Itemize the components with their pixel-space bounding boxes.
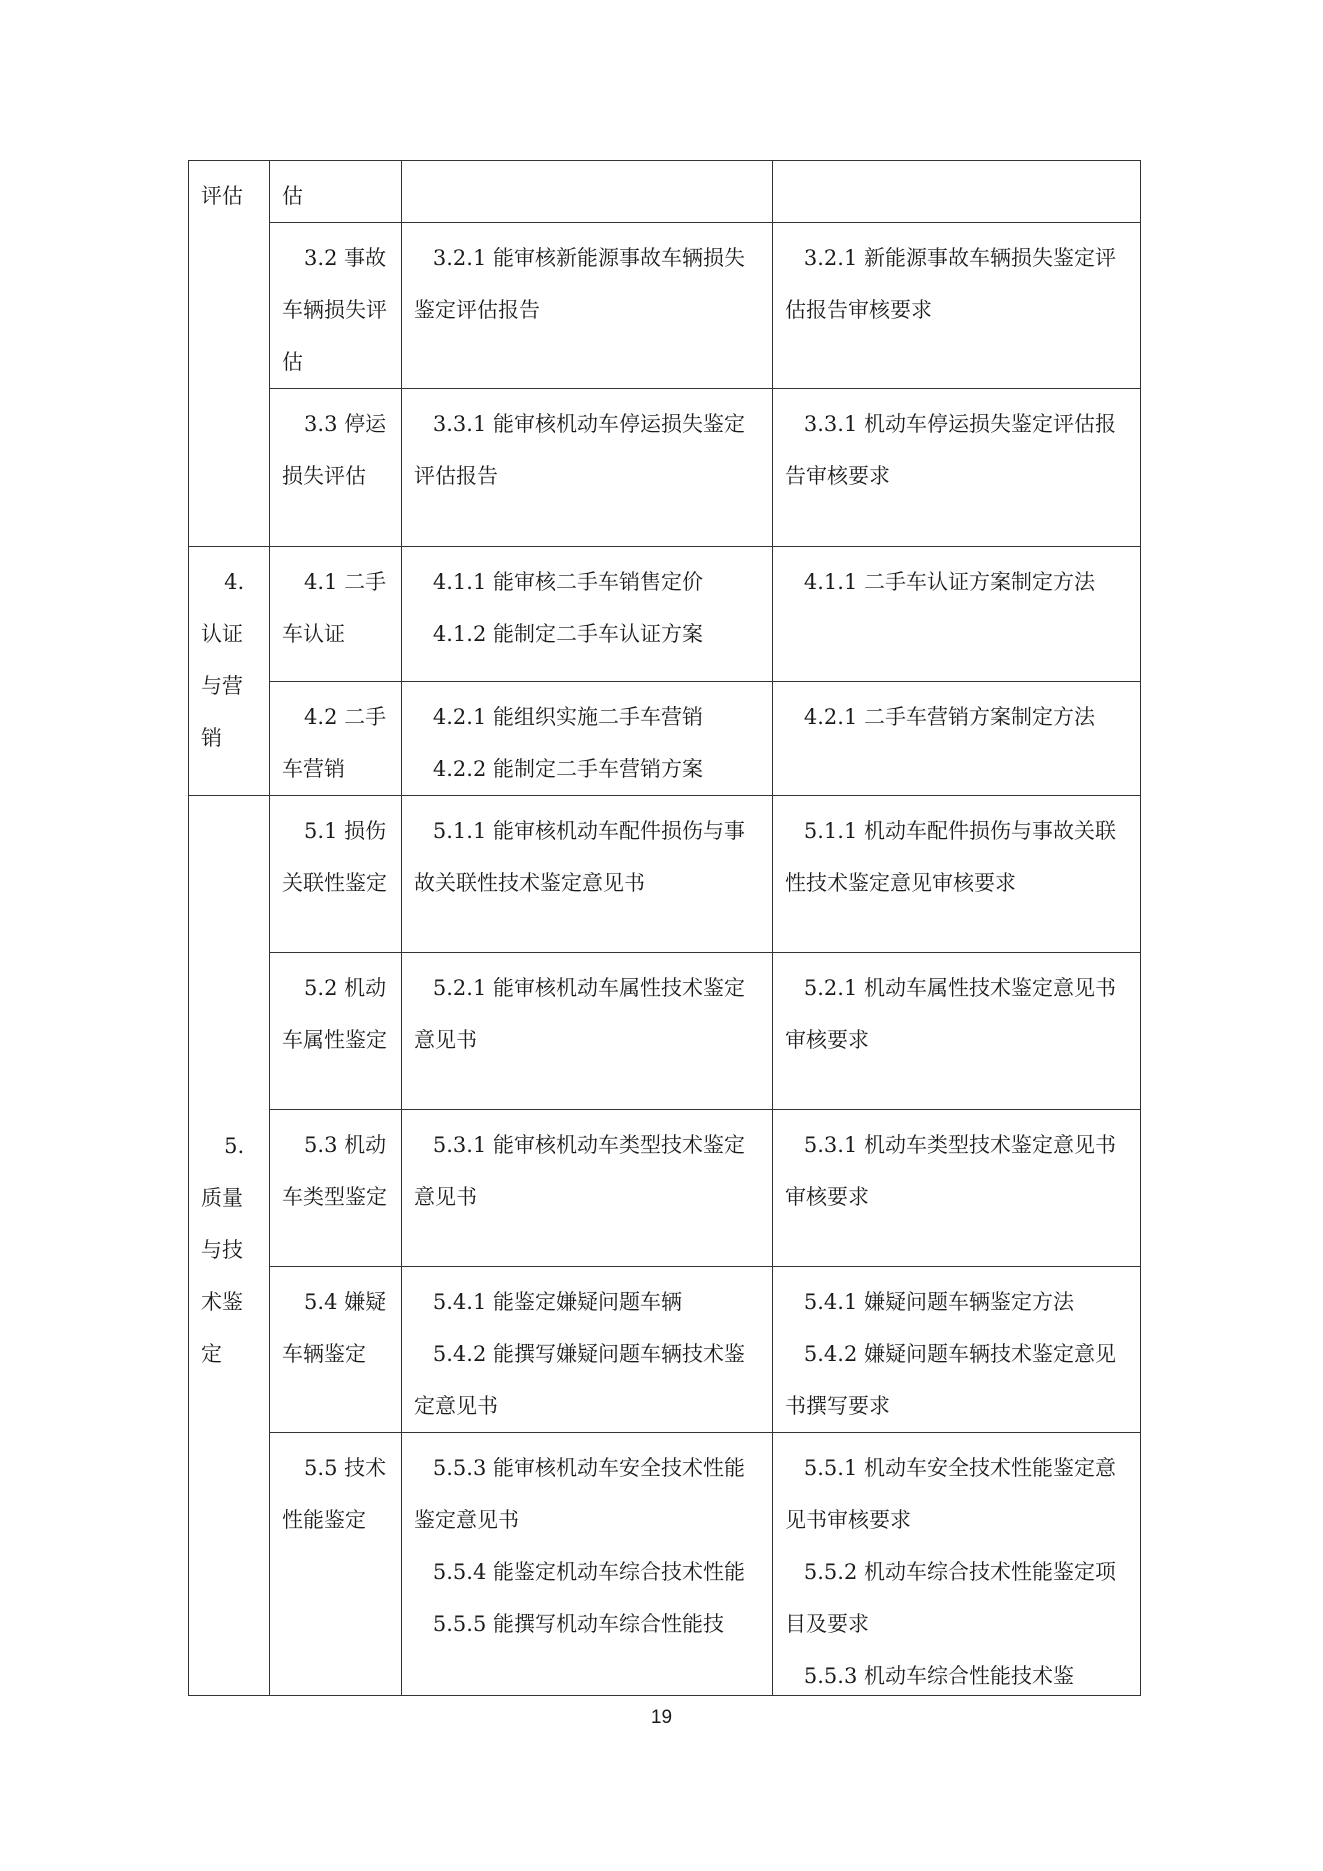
function-cell: 评估 bbox=[189, 161, 270, 547]
skill-text: 5.1.1 能审核机动车配件损伤与事故关联性技术鉴定意见书 bbox=[414, 805, 762, 909]
table-row: 3.3 停运损失评估 3.3.1 能审核机动车停运损失鉴定评估报告 3.3.1 … bbox=[189, 389, 1141, 547]
skill-text: 3.2.1 能审核新能源事故车辆损失鉴定评估报告 bbox=[414, 232, 762, 336]
skill-cell: 5.3.1 能审核机动车类型技术鉴定意见书 bbox=[402, 1110, 773, 1267]
unit-cell: 5.3 机动车类型鉴定 bbox=[270, 1110, 402, 1267]
skill-text: 5.2.1 能审核机动车属性技术鉴定意见书 bbox=[414, 962, 762, 1066]
table-row: 4.2 二手车营销 4.2.1 能组织实施二手车营销 4.2.2 能制定二手车营… bbox=[189, 682, 1141, 796]
unit-label: 5.4 嫌疑车辆鉴定 bbox=[282, 1276, 391, 1380]
unit-label: 5.1 损伤关联性鉴定 bbox=[282, 805, 391, 909]
knowledge-cell: 4.1.1 二手车认证方案制定方法 bbox=[773, 547, 1141, 682]
unit-cell: 5.1 损伤关联性鉴定 bbox=[270, 796, 402, 953]
knowledge-cell: 5.5.1 机动车安全技术性能鉴定意见书审核要求 5.5.2 机动车综合技术性能… bbox=[773, 1433, 1141, 1696]
unit-label: 5.5 技术性能鉴定 bbox=[282, 1442, 391, 1546]
knowledge-text: 5.5.2 机动车综合技术性能鉴定项目及要求 bbox=[785, 1546, 1130, 1650]
knowledge-text: 5.5.3 机动车综合性能技术鉴 bbox=[785, 1650, 1130, 1695]
function-label: 5. 质量与技术鉴定 bbox=[201, 1120, 259, 1380]
unit-label: 4.2 二手车营销 bbox=[282, 691, 391, 795]
table-row: 4. 认证与营销 4.1 二手车认证 4.1.1 能审核二手车销售定价 4.1.… bbox=[189, 547, 1141, 682]
knowledge-text: 5.4.1 嫌疑问题车辆鉴定方法 bbox=[785, 1276, 1130, 1328]
table-row: 5. 质量与技术鉴定 5.1 损伤关联性鉴定 5.1.1 能审核机动车配件损伤与… bbox=[189, 796, 1141, 953]
skill-text: 5.5.3 能审核机动车安全技术性能鉴定意见书 bbox=[414, 1442, 762, 1546]
skill-cell: 5.5.3 能审核机动车安全技术性能鉴定意见书 5.5.4 能鉴定机动车综合技术… bbox=[402, 1433, 773, 1696]
table-row: 5.2 机动车属性鉴定 5.2.1 能审核机动车属性技术鉴定意见书 5.2.1 … bbox=[189, 953, 1141, 1110]
table-row: 评估 估 bbox=[189, 161, 1141, 223]
skill-text: 4.1.2 能制定二手车认证方案 bbox=[414, 608, 762, 660]
page-number: 19 bbox=[0, 1707, 1323, 1729]
unit-label: 3.2 事故车辆损失评估 bbox=[282, 232, 391, 388]
unit-label: 3.3 停运损失评估 bbox=[282, 398, 391, 502]
knowledge-cell: 5.3.1 机动车类型技术鉴定意见书审核要求 bbox=[773, 1110, 1141, 1267]
table-row: 5.5 技术性能鉴定 5.5.3 能审核机动车安全技术性能鉴定意见书 5.5.4… bbox=[189, 1433, 1141, 1696]
skill-text: 5.5.4 能鉴定机动车综合技术性能 bbox=[414, 1546, 762, 1598]
skill-cell: 4.2.1 能组织实施二手车营销 4.2.2 能制定二手车营销方案 bbox=[402, 682, 773, 796]
skill-text: 4.2.1 能组织实施二手车营销 bbox=[414, 691, 762, 743]
knowledge-cell: 3.3.1 机动车停运损失鉴定评估报告审核要求 bbox=[773, 389, 1141, 547]
skill-text: 5.4.2 能撰写嫌疑问题车辆技术鉴定意见书 bbox=[414, 1328, 762, 1432]
knowledge-text: 3.3.1 机动车停运损失鉴定评估报告审核要求 bbox=[785, 398, 1130, 502]
skill-text: 4.2.2 能制定二手车营销方案 bbox=[414, 743, 762, 795]
table-row: 5.4 嫌疑车辆鉴定 5.4.1 能鉴定嫌疑问题车辆 5.4.2 能撰写嫌疑问题… bbox=[189, 1267, 1141, 1433]
skill-cell: 3.2.1 能审核新能源事故车辆损失鉴定评估报告 bbox=[402, 223, 773, 389]
knowledge-text: 3.2.1 新能源事故车辆损失鉴定评估报告审核要求 bbox=[785, 232, 1130, 336]
unit-label: 4.1 二手车认证 bbox=[282, 556, 391, 660]
skill-cell: 3.3.1 能审核机动车停运损失鉴定评估报告 bbox=[402, 389, 773, 547]
knowledge-cell: 3.2.1 新能源事故车辆损失鉴定评估报告审核要求 bbox=[773, 223, 1141, 389]
skill-cell: 4.1.1 能审核二手车销售定价 4.1.2 能制定二手车认证方案 bbox=[402, 547, 773, 682]
skill-cell: 5.2.1 能审核机动车属性技术鉴定意见书 bbox=[402, 953, 773, 1110]
function-label: 4. 认证与营销 bbox=[201, 556, 259, 764]
skill-text: 5.3.1 能审核机动车类型技术鉴定意见书 bbox=[414, 1119, 762, 1223]
skill-text: 3.3.1 能审核机动车停运损失鉴定评估报告 bbox=[414, 398, 762, 502]
knowledge-cell: 5.4.1 嫌疑问题车辆鉴定方法 5.4.2 嫌疑问题车辆技术鉴定意见书撰写要求 bbox=[773, 1267, 1141, 1433]
knowledge-text: 4.1.1 二手车认证方案制定方法 bbox=[785, 556, 1130, 608]
skill-text: 5.5.5 能撰写机动车综合性能技 bbox=[414, 1598, 762, 1650]
knowledge-text: 5.2.1 机动车属性技术鉴定意见书审核要求 bbox=[785, 962, 1130, 1066]
knowledge-text: 4.2.1 二手车营销方案制定方法 bbox=[785, 691, 1130, 743]
unit-cell: 4.2 二手车营销 bbox=[270, 682, 402, 796]
unit-label: 5.3 机动车类型鉴定 bbox=[282, 1119, 391, 1223]
function-label: 评估 bbox=[201, 184, 243, 208]
skill-cell bbox=[402, 161, 773, 223]
unit-cell: 5.5 技术性能鉴定 bbox=[270, 1433, 402, 1696]
unit-label: 5.2 机动车属性鉴定 bbox=[282, 962, 391, 1066]
unit-cell: 估 bbox=[270, 161, 402, 223]
unit-cell: 4.1 二手车认证 bbox=[270, 547, 402, 682]
unit-label: 估 bbox=[282, 184, 303, 208]
skill-cell: 5.4.1 能鉴定嫌疑问题车辆 5.4.2 能撰写嫌疑问题车辆技术鉴定意见书 bbox=[402, 1267, 773, 1433]
skill-text: 4.1.1 能审核二手车销售定价 bbox=[414, 556, 762, 608]
knowledge-text: 5.1.1 机动车配件损伤与事故关联性技术鉴定意见审核要求 bbox=[785, 805, 1130, 909]
knowledge-cell: 4.2.1 二手车营销方案制定方法 bbox=[773, 682, 1141, 796]
knowledge-cell bbox=[773, 161, 1141, 223]
table-row: 3.2 事故车辆损失评估 3.2.1 能审核新能源事故车辆损失鉴定评估报告 3.… bbox=[189, 223, 1141, 389]
table-row: 5.3 机动车类型鉴定 5.3.1 能审核机动车类型技术鉴定意见书 5.3.1 … bbox=[189, 1110, 1141, 1267]
unit-cell: 3.3 停运损失评估 bbox=[270, 389, 402, 547]
function-cell: 4. 认证与营销 bbox=[189, 547, 270, 796]
knowledge-cell: 5.2.1 机动车属性技术鉴定意见书审核要求 bbox=[773, 953, 1141, 1110]
knowledge-text: 5.3.1 机动车类型技术鉴定意见书审核要求 bbox=[785, 1119, 1130, 1223]
skill-cell: 5.1.1 能审核机动车配件损伤与事故关联性技术鉴定意见书 bbox=[402, 796, 773, 953]
knowledge-text: 5.5.1 机动车安全技术性能鉴定意见书审核要求 bbox=[785, 1442, 1130, 1546]
function-cell: 5. 质量与技术鉴定 bbox=[189, 796, 270, 1696]
skills-standard-table: 评估 估 3.2 事故车辆损失评估 3.2.1 能审核新能源事故车辆损失鉴定评估… bbox=[188, 160, 1141, 1696]
unit-cell: 5.2 机动车属性鉴定 bbox=[270, 953, 402, 1110]
unit-cell: 5.4 嫌疑车辆鉴定 bbox=[270, 1267, 402, 1433]
knowledge-cell: 5.1.1 机动车配件损伤与事故关联性技术鉴定意见审核要求 bbox=[773, 796, 1141, 953]
knowledge-text: 5.4.2 嫌疑问题车辆技术鉴定意见书撰写要求 bbox=[785, 1328, 1130, 1432]
unit-cell: 3.2 事故车辆损失评估 bbox=[270, 223, 402, 389]
skill-text: 5.4.1 能鉴定嫌疑问题车辆 bbox=[414, 1276, 762, 1328]
